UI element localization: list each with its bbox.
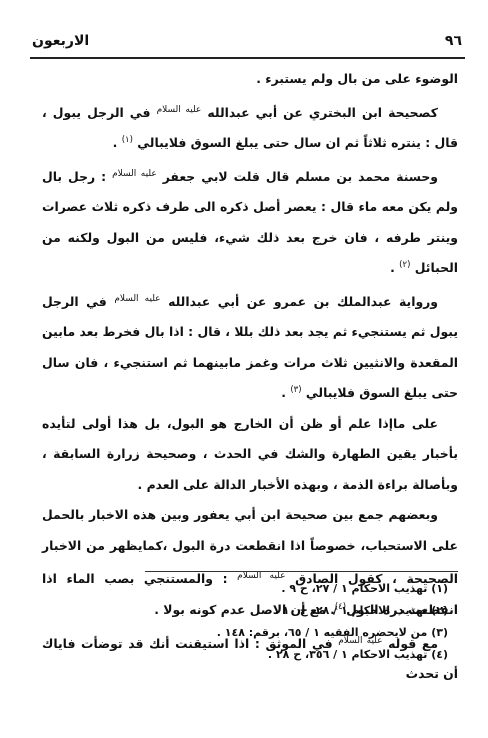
header-rule xyxy=(30,57,465,59)
footnote-ref[interactable]: (٢) xyxy=(399,260,410,270)
paragraph-text: كصحيحة ابن البختري عن أبي عبدالله xyxy=(207,105,438,120)
footnote-ref[interactable]: (٣) xyxy=(290,385,301,395)
paragraph-text: على ماإذا علم أو ظن أن الخارج هو البول، … xyxy=(42,416,458,492)
paragraph-5: على ماإذا علم أو ظن أن الخارج هو البول، … xyxy=(42,409,458,501)
footnote-1: (١) تهذيب الاحكام ١ / ٢٧، ح ٩ . xyxy=(128,578,448,600)
honorific-symbol: عليه السلام xyxy=(112,169,157,179)
honorific-symbol: عليه السلام xyxy=(114,294,160,304)
footnote-separator xyxy=(145,571,458,572)
paragraph-2: كصحيحة ابن البختري عن أبي عبدالله عليه ا… xyxy=(42,95,458,159)
footnote-number: (٤) xyxy=(431,648,448,661)
paragraph-text: . xyxy=(390,260,399,275)
footnote-text: تهذيب الاحكام ١ / ٢٧، ح ٩ . xyxy=(281,582,427,595)
paragraph-1: الوضوء على من بال ولم يستبرء . xyxy=(42,64,458,95)
paragraph-text: ورواية عبدالملك بن عمرو عن أبي عبدالله xyxy=(168,294,438,309)
footnote-3: (٣) من لايحضره الفقيه ١ / ٦٥، برقم: ١٤٨ … xyxy=(128,622,448,644)
footnote-text: تهذيب الاحكام ١ / ٢٨، ح ١٠ . xyxy=(275,604,428,617)
paragraph-text: . xyxy=(113,135,122,150)
footnote-number: (٣) xyxy=(431,626,448,639)
footnote-text: تهذيب الاحكام ١ / ٣٥٦، ح ٢٨ . xyxy=(268,648,427,661)
footnotes: (١) تهذيب الاحكام ١ / ٢٧، ح ٩ . (٢) تهذي… xyxy=(128,578,448,666)
footnote-text: من لايحضره الفقيه ١ / ٦٥، برقم: ١٤٨ . xyxy=(217,626,428,639)
book-page: الاربعون ٩٦ الوضوء على من بال ولم يستبرء… xyxy=(0,0,488,738)
running-title: الاربعون xyxy=(32,33,89,49)
footnote-number: (٢) xyxy=(431,604,448,617)
honorific-symbol: عليه السلام xyxy=(157,105,202,115)
paragraph-4: ورواية عبدالملك بن عمرو عن أبي عبدالله ع… xyxy=(42,284,458,409)
footnote-number: (١) xyxy=(431,582,448,595)
page-number: ٩٦ xyxy=(445,33,462,49)
footnote-ref[interactable]: (١) xyxy=(122,135,133,145)
paragraph-text: . xyxy=(281,385,290,400)
paragraph-text: في الرجل يبول ثم يستنجيء ثم يجد بعد ذلك … xyxy=(42,294,458,401)
page-header: الاربعون ٩٦ xyxy=(32,30,462,52)
paragraph-text: وحسنة محمد بن مسلم قال قلت لابي جعفر xyxy=(163,169,438,184)
paragraph-text: الوضوء على من بال ولم يستبرء . xyxy=(256,71,458,86)
footnote-2: (٢) تهذيب الاحكام ١ / ٢٨، ح ١٠ . xyxy=(128,600,448,622)
footnote-4: (٤) تهذيب الاحكام ١ / ٣٥٦، ح ٢٨ . xyxy=(128,644,448,666)
paragraph-3: وحسنة محمد بن مسلم قال قلت لابي جعفر علي… xyxy=(42,159,458,284)
